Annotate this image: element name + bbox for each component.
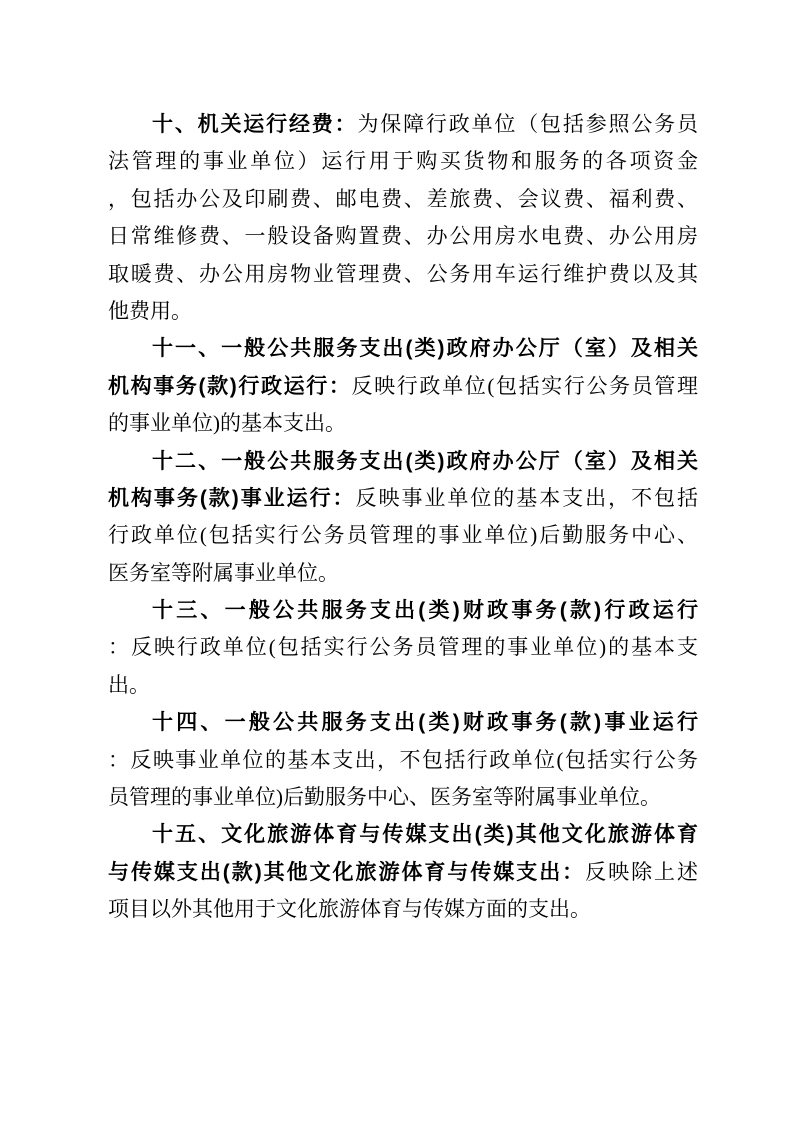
heading-text: 十一、一般公共服务支出(类)政府办公厅（室）及相关 — [152, 337, 698, 360]
heading-text: 十三、一般公共服务支出(类)财政事务(款)行政运行 — [152, 599, 698, 622]
body-text: ：反映事业单位的基本支出，不包括行政单位(包括实行公务 — [108, 748, 698, 772]
body-text: ，包括办公及印刷费、邮电费、差旅费、会议费、福利费、 — [108, 187, 698, 211]
body-text: 他费用。 — [108, 299, 192, 323]
body-text: 医务室等附属事业单位。 — [108, 561, 339, 585]
text-line: 机构事务(款)事业运行：反映事业单位的基本支出，不包括 — [108, 480, 698, 517]
text-line: 员管理的事业单位)后勤服务中心、医务室等附属事业单位。 — [108, 779, 698, 816]
text-line: 医务室等附属事业单位。 — [108, 555, 698, 592]
body-text: 日常维修费、一般设备购置费、办公用房水电费、办公用房 — [108, 224, 698, 248]
paragraph: 十五、文化旅游体育与传媒支出(类)其他文化旅游体育与传媒支出(款)其他文化旅游体… — [108, 816, 698, 928]
body-text: 反映事业单位的基本支出，不包括 — [356, 486, 698, 510]
body-text: 取暖费、办公用房物业管理费、公务用车运行维护费以及其 — [108, 262, 698, 286]
text-line: 法管理的事业单位）运行用于购买货物和服务的各项资金 — [108, 143, 698, 180]
body-text: 行政单位(包括实行公务员管理的事业单位)后勤服务中心、 — [108, 523, 698, 547]
text-line: 十、机关运行经费：为保障行政单位（包括参照公务员 — [108, 106, 698, 143]
heading-text: 机构事务(款)事业运行： — [108, 487, 356, 510]
body-text: 反映行政单位(包括实行公务员管理 — [352, 374, 698, 398]
text-line: 日常维修费、一般设备购置费、办公用房水电费、办公用房 — [108, 218, 698, 255]
heading-text: 十四、一般公共服务支出(类)财政事务(款)事业运行 — [152, 711, 698, 734]
paragraph: 十三、一般公共服务支出(类)财政事务(款)行政运行：反映行政单位(包括实行公务员… — [108, 592, 698, 704]
heading-text: 十二、一般公共服务支出(类)政府办公厅（室）及相关 — [152, 450, 698, 473]
body-text: 的事业单位)的基本支出。 — [108, 411, 346, 435]
body-text: 项目以外其他用于文化旅游体育与传媒方面的支出。 — [108, 897, 591, 921]
text-line: 他费用。 — [108, 293, 698, 330]
body-text: 员管理的事业单位)后勤服务中心、医务室等附属事业单位。 — [108, 785, 661, 809]
text-line: 十一、一般公共服务支出(类)政府办公厅（室）及相关 — [108, 330, 698, 367]
text-line: 十五、文化旅游体育与传媒支出(类)其他文化旅游体育 — [108, 816, 698, 853]
text-line: ：反映行政单位(包括实行公务员管理的事业单位)的基本支 — [108, 629, 698, 666]
heading-text: 十五、文化旅游体育与传媒支出(类)其他文化旅游体育 — [152, 823, 698, 846]
body-text: 法管理的事业单位）运行用于购买货物和服务的各项资金 — [108, 149, 698, 173]
document-page: 十、机关运行经费：为保障行政单位（包括参照公务员法管理的事业单位）运行用于购买货… — [0, 0, 793, 1122]
text-line: ：反映事业单位的基本支出，不包括行政单位(包括实行公务 — [108, 742, 698, 779]
text-line: 项目以外其他用于文化旅游体育与传媒方面的支出。 — [108, 891, 698, 928]
text-line: 十四、一般公共服务支出(类)财政事务(款)事业运行 — [108, 704, 698, 741]
body-text: 反映除上述 — [585, 860, 698, 884]
body-text: 出。 — [108, 673, 150, 697]
body-text: 为保障行政单位（包括参照公务员 — [357, 112, 698, 136]
document-content: 十、机关运行经费：为保障行政单位（包括参照公务员法管理的事业单位）运行用于购买货… — [108, 106, 698, 929]
heading-text: 与传媒支出(款)其他文化旅游体育与传媒支出： — [108, 861, 585, 884]
paragraph: 十二、一般公共服务支出(类)政府办公厅（室）及相关机构事务(款)事业运行：反映事… — [108, 443, 698, 593]
body-text: ：反映行政单位(包括实行公务员管理的事业单位)的基本支 — [108, 635, 698, 659]
text-line: 出。 — [108, 667, 698, 704]
heading-text: 机构事务(款)行政运行： — [108, 375, 352, 398]
text-line: 与传媒支出(款)其他文化旅游体育与传媒支出：反映除上述 — [108, 854, 698, 891]
text-line: 的事业单位)的基本支出。 — [108, 405, 698, 442]
paragraph: 十四、一般公共服务支出(类)财政事务(款)事业运行：反映事业单位的基本支出，不包… — [108, 704, 698, 816]
text-line: 行政单位(包括实行公务员管理的事业单位)后勤服务中心、 — [108, 517, 698, 554]
heading-text: 十、机关运行经费： — [152, 113, 357, 136]
text-line: 十三、一般公共服务支出(类)财政事务(款)行政运行 — [108, 592, 698, 629]
text-line: 十二、一般公共服务支出(类)政府办公厅（室）及相关 — [108, 443, 698, 480]
paragraph: 十、机关运行经费：为保障行政单位（包括参照公务员法管理的事业单位）运行用于购买货… — [108, 106, 698, 330]
paragraph: 十一、一般公共服务支出(类)政府办公厅（室）及相关机构事务(款)行政运行：反映行… — [108, 330, 698, 442]
text-line: 取暖费、办公用房物业管理费、公务用车运行维护费以及其 — [108, 256, 698, 293]
text-line: ，包括办公及印刷费、邮电费、差旅费、会议费、福利费、 — [108, 181, 698, 218]
text-line: 机构事务(款)行政运行：反映行政单位(包括实行公务员管理 — [108, 368, 698, 405]
